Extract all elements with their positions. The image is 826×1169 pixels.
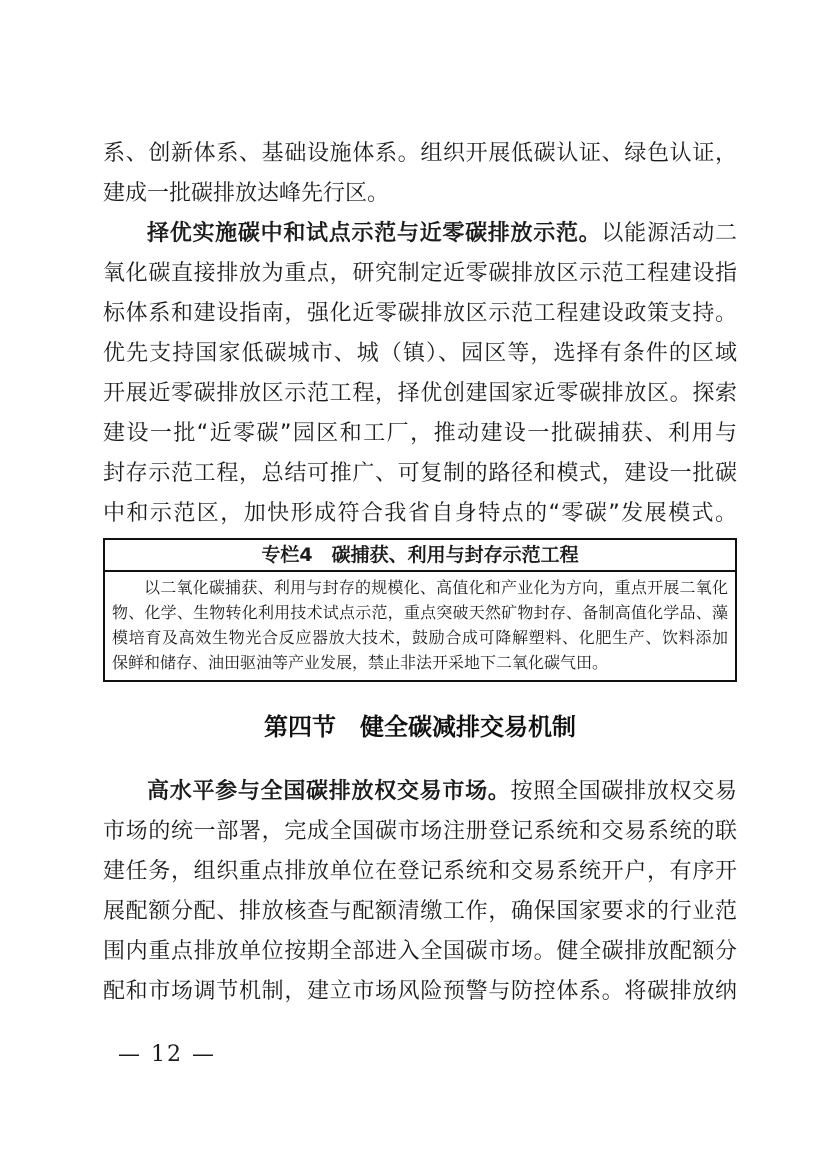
paragraph-lead-sentence: 择优实施碳中和试点示范与近零碳排放示范。 [147, 221, 601, 246]
page-number: — 12 — [118, 1042, 216, 1067]
paragraph-line: 中和示范区，加快形成符合我省自身特点的“零碳”发展模式。 [103, 494, 737, 534]
paragraph-line: 开展近零碳排放区示范工程，择优创建国家近零碳排放区。探索 [103, 374, 737, 414]
paragraph-line: 标体系和建设指南，强化近零碳排放区示范工程建设政策支持。 [103, 294, 737, 334]
paragraph-line: 建成一批碳排放达峰先行区。 [103, 174, 737, 214]
paragraph-line: 氧化碳直接排放为重点，研究制定近零碳排放区示范工程建设指 [103, 254, 737, 294]
box-line: 模培育及高效生物光合反应器放大技术，鼓励合成可降解塑料、化肥生产、饮料添加剂、食… [112, 625, 728, 650]
paragraph-line: 建任务，组织重点排放单位在登记系统和交易系统开户，有序开 [103, 852, 737, 892]
column-box-title: 专栏4 碳捕获、利用与封存示范工程 [105, 540, 735, 572]
document-page: 系、创新体系、基础设施体系。组织开展低碳认证、绿色认证， 建成一批碳排放达峰先行… [0, 0, 826, 1169]
paragraph-1: 系、创新体系、基础设施体系。组织开展低碳认证、绿色认证， 建成一批碳排放达峰先行… [103, 134, 737, 214]
document-body: 系、创新体系、基础设施体系。组织开展低碳认证、绿色认证， 建成一批碳排放达峰先行… [103, 134, 737, 1012]
paragraph-lead-sentence: 高水平参与全国碳排放权交易市场。 [147, 779, 511, 804]
paragraph-text: 以能源活动二 [601, 221, 737, 246]
paragraph-text: 按照全国碳排放权交易 [511, 779, 737, 804]
paragraph-2: 择优实施碳中和试点示范与近零碳排放示范。以能源活动二 氧化碳直接排放为重点，研究… [103, 214, 737, 534]
paragraph-line: 展配额分配、排放核查与配额清缴工作，确保国家要求的行业范 [103, 892, 737, 932]
paragraph-line: 系、创新体系、基础设施体系。组织开展低碳认证、绿色认证， [103, 134, 737, 174]
box-line: 保鲜和储存、油田驱油等产业发展，禁止非法开采地下二氧化碳气田。 [112, 650, 728, 675]
paragraph-line: 高水平参与全国碳排放权交易市场。按照全国碳排放权交易 [103, 772, 737, 812]
special-column-box: 专栏4 碳捕获、利用与封存示范工程 以二氧化碳捕获、利用与封存的规模化、高值化和… [103, 538, 737, 682]
box-line: 物、化学、生物转化利用技术试点示范，重点突破天然矿物封存、备制高值化学品、藻类大… [112, 600, 728, 625]
paragraph-line: 择优实施碳中和试点示范与近零碳排放示范。以能源活动二 [103, 214, 737, 254]
column-box-body: 以二氧化碳捕获、利用与封存的规模化、高值化和产业化为方向，重点开展二氧化碳的矿 … [105, 572, 735, 680]
section-heading: 第四节 健全碳减排交易机制 [103, 708, 737, 746]
paragraph-line: 封存示范工程，总结可推广、可复制的路径和模式，建设一批碳 [103, 454, 737, 494]
paragraph-line: 建设一批“近零碳”园区和工厂，推动建设一批碳捕获、利用与 [103, 414, 737, 454]
paragraph-line: 优先支持国家低碳城市、城（镇）、园区等，选择有条件的区域 [103, 334, 737, 374]
box-line: 以二氧化碳捕获、利用与封存的规模化、高值化和产业化为方向，重点开展二氧化碳的矿 [112, 575, 728, 600]
paragraph-3: 高水平参与全国碳排放权交易市场。按照全国碳排放权交易 市场的统一部署，完成全国碳… [103, 772, 737, 1012]
paragraph-line: 配和市场调节机制，建立市场风险预警与防控体系。将碳排放纳 [103, 972, 737, 1012]
paragraph-line: 围内重点排放单位按期全部进入全国碳市场。健全碳排放配额分 [103, 932, 737, 972]
paragraph-line: 市场的统一部署，完成全国碳市场注册登记系统和交易系统的联 [103, 812, 737, 852]
